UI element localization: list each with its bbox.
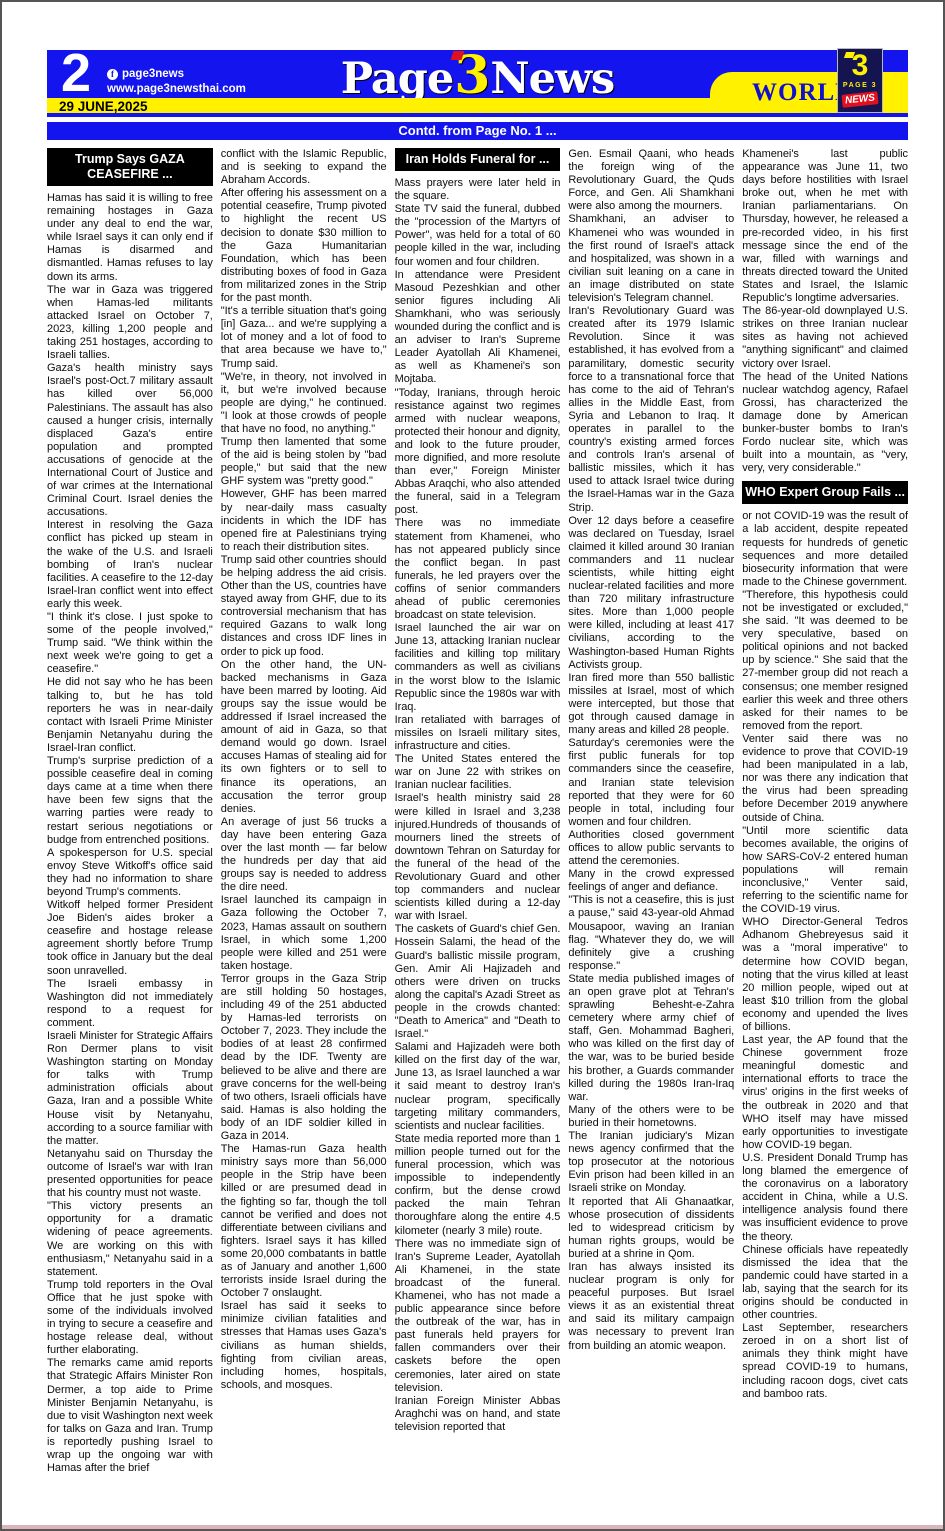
logo-numeral-3: 3: [838, 51, 882, 81]
article-headline: Iran Holds Funeral for ...: [395, 148, 561, 171]
article-paragraph: "Until more scientific data becomes avai…: [742, 825, 908, 917]
article-paragraph: "This victory presents an opportunity fo…: [47, 1200, 213, 1279]
article-paragraph: State TV said the funeral, dubbed the "p…: [395, 203, 561, 268]
article-paragraph: State media published images of an open …: [568, 973, 734, 1104]
article-paragraph: Over 12 days before a ceasefire was decl…: [568, 515, 734, 672]
article-paragraph: Israel launched the air war on June 13, …: [395, 622, 561, 714]
column-2: conflict with the Islamic Republic, and …: [221, 148, 387, 1526]
article-paragraph: Hamas has said it is willing to free rem…: [47, 192, 213, 284]
article-paragraph: The Israeli embassy in Washington did no…: [47, 978, 213, 1030]
column-3: Iran Holds Funeral for ...Mass prayers w…: [395, 148, 561, 1526]
article-paragraph: Many of the others were to be buried in …: [568, 1104, 734, 1130]
article-headline: WHO Expert Group Fails ...: [742, 481, 908, 504]
article-paragraph: On the other hand, the UN-backed mechani…: [221, 659, 387, 816]
article-paragraph: "Therefore, this hypothesis could not be…: [742, 589, 908, 733]
article-paragraph: It reported that Ali Ghanaatkar, whose p…: [568, 1196, 734, 1261]
article-paragraph: An average of just 56 trucks a day have …: [221, 816, 387, 895]
column-4: Gen. Esmail Qaani, who heads the foreign…: [568, 148, 734, 1526]
column-1: Trump Says GAZA CEASEFIRE ...Hamas has s…: [47, 148, 213, 1526]
article-paragraph: Mass prayers were later held in the squa…: [395, 177, 561, 203]
masthead-word-news: News: [490, 54, 614, 104]
article-paragraph: Trump said other countries should be hel…: [221, 554, 387, 659]
page3-logo: 3 PAGE 3 NEWS: [837, 48, 883, 113]
article-paragraph: Iran fired more than 550 ballistic missi…: [568, 672, 734, 737]
logo-page3-label: PAGE 3: [838, 81, 882, 90]
article-paragraph: Khamenei's last public appearance was Ju…: [742, 148, 908, 305]
article-paragraph: "We're, in theory, not involved in it, b…: [221, 371, 387, 436]
newspaper-page: 2 f page3news www.page3newsthai.com Page…: [0, 0, 945, 1531]
article-paragraph: Many in the crowd expressed feelings of …: [568, 868, 734, 894]
article-paragraph: Authorities closed government offices to…: [568, 829, 734, 868]
article-paragraph: Trump told reporters in the Oval Office …: [47, 1279, 213, 1358]
contd-from-page-bar: Contd. from Page No. 1 ...: [47, 122, 908, 140]
article-paragraph: Iran has always insisted its nuclear pro…: [568, 1261, 734, 1353]
article-paragraph: He did not say who he has been talking t…: [47, 676, 213, 755]
article-paragraph: Israeli Minister for Strategic Affairs R…: [47, 1030, 213, 1148]
article-paragraph: Venter said there was no evidence to pro…: [742, 733, 908, 825]
article-paragraph: Gaza's health ministry says Israel's pos…: [47, 362, 213, 519]
article-paragraph: Israel has said it seeks to minimize civ…: [221, 1300, 387, 1392]
article-paragraph: The head of the United Nations nuclear w…: [742, 371, 908, 476]
article-paragraph: Iran retaliated with barrages of missile…: [395, 714, 561, 753]
article-paragraph: Salami and Hajizadeh were both killed on…: [395, 1041, 561, 1133]
article-paragraph: The 86-year-old downplayed U.S. strikes …: [742, 305, 908, 370]
article-paragraph: "It's a terrible situation that's going …: [221, 305, 387, 370]
article-paragraph: Trump then lamented that some of the aid…: [221, 436, 387, 488]
article-paragraph: However, GHF has been marred by near-dai…: [221, 488, 387, 553]
column-5: Khamenei's last public appearance was Ju…: [742, 148, 908, 1526]
article-paragraph: Trump's surprise prediction of a possibl…: [47, 755, 213, 847]
masthead-numeral-3: 3: [453, 45, 490, 106]
article-paragraph: The caskets of Guard's chief Gen. Hossei…: [395, 923, 561, 1041]
article-paragraph: The remarks came amid reports that Strat…: [47, 1357, 213, 1475]
article-paragraph: Israel's health ministry said 28 were ki…: [395, 792, 561, 923]
article-paragraph: Saturday's ceremonies were the first pub…: [568, 737, 734, 829]
article-paragraph: Last year, the AP found that the Chinese…: [742, 1034, 908, 1152]
masthead-word-page: Page: [341, 54, 453, 104]
article-paragraph: Gen. Esmail Qaani, who heads the foreign…: [568, 148, 734, 213]
article-paragraph: A spokesperson for U.S. special envoy St…: [47, 847, 213, 899]
article-paragraph: Witkoff helped former President Joe Bide…: [47, 899, 213, 978]
article-paragraph: The war in Gaza was triggered when Hamas…: [47, 284, 213, 363]
article-headline: Trump Says GAZA CEASEFIRE ...: [47, 148, 213, 186]
article-paragraph: Iran's Revolutionary Guard was created a…: [568, 305, 734, 515]
article-paragraph: Last September, researchers zeroed in on…: [742, 1322, 908, 1401]
article-paragraph: Interest in resolving the Gaza conflict …: [47, 519, 213, 611]
article-paragraph: There was no immediate statement from Kh…: [395, 517, 561, 622]
article-paragraph: In attendance were President Masoud Peze…: [395, 269, 561, 387]
article-paragraph: Israel launched its campaign in Gaza fol…: [221, 894, 387, 973]
article-paragraph: U.S. President Donald Trump has long bla…: [742, 1152, 908, 1244]
article-paragraph: The Iranian judiciary's Mizan news agenc…: [568, 1130, 734, 1195]
issue-date: 29 JUNE,2025: [59, 99, 148, 114]
article-paragraph: or not COVID-19 was the result of a lab …: [742, 510, 908, 589]
logo-news-ribbon: NEWS: [841, 91, 878, 108]
masthead-header: 2 f page3news www.page3newsthai.com Page…: [47, 50, 908, 117]
article-paragraph: After offering his assessment on a poten…: [221, 187, 387, 305]
article-paragraph: State media reported more than 1 million…: [395, 1133, 561, 1238]
article-paragraph: Terror groups in the Gaza Strip are stil…: [221, 973, 387, 1143]
article-paragraph: "This is not a ceasefire, this is just a…: [568, 894, 734, 973]
article-columns: Trump Says GAZA CEASEFIRE ...Hamas has s…: [47, 148, 908, 1526]
article-paragraph: WHO Director-General Tedros Adhanom Gheb…: [742, 916, 908, 1034]
article-paragraph: Shamkhani, an adviser to Khamenei who wa…: [568, 213, 734, 305]
article-paragraph: Iranian Foreign Minister Abbas Araghchi …: [395, 1395, 561, 1434]
article-paragraph: The Hamas-run Gaza health ministry says …: [221, 1143, 387, 1300]
article-paragraph: "I think it's close. I just spoke to som…: [47, 611, 213, 676]
article-paragraph: "Today, Iranians, through heroic resista…: [395, 387, 561, 518]
article-paragraph: Netanyahu said on Thursday the outcome o…: [47, 1148, 213, 1200]
article-paragraph: conflict with the Islamic Republic, and …: [221, 148, 387, 187]
article-paragraph: Chinese officials have repeatedly dismis…: [742, 1244, 908, 1323]
article-paragraph: There was no immediate sign of Iran's Su…: [395, 1238, 561, 1395]
article-paragraph: The United States entered the war on Jun…: [395, 753, 561, 792]
